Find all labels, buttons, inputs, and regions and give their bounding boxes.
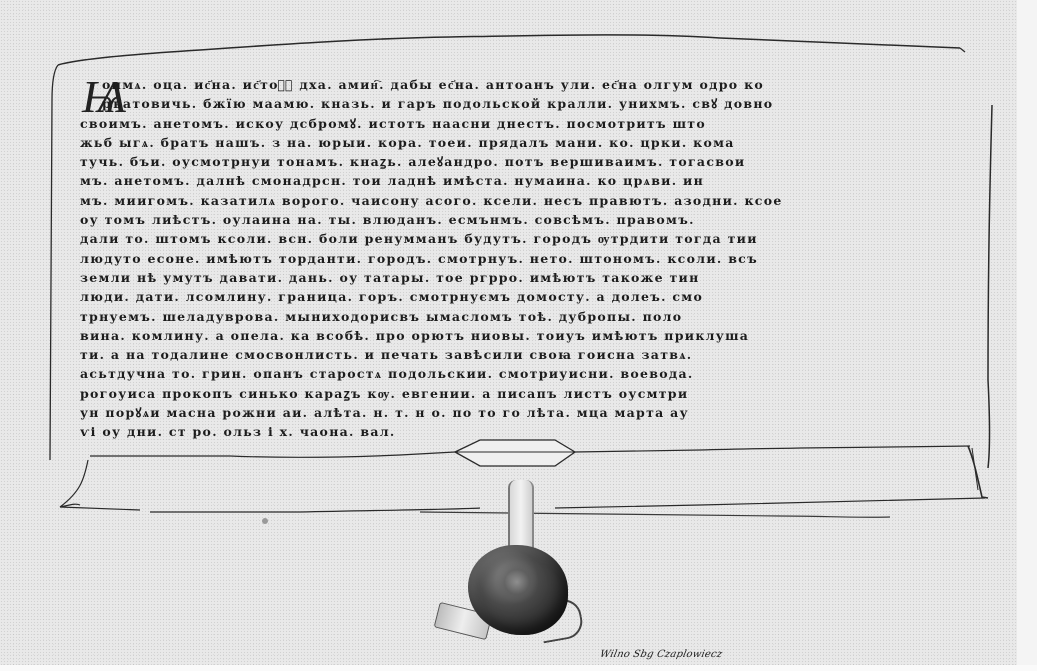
seal-cord (508, 480, 534, 555)
text-line: оимѧ. оца. ис҃на. ис҃тоⷢ҇ дха. амин҇. да… (80, 75, 980, 94)
text-line: ръатовичь. бжїю маамю. кназь. и гаръ под… (80, 94, 980, 113)
text-line: ун порꙋѧи масна рожни аи. алѣта. н. т. н… (80, 403, 980, 422)
text-line: жьб ыгѧ. братъ нашъ. з на. юрыи. кора. т… (80, 133, 980, 152)
paper-spot (262, 518, 268, 524)
handwritten-signature: Wilno Sbg Czaplowiecz (599, 649, 724, 660)
text-line: вина. комлину. а опела. ка всобѣ. про ор… (80, 326, 980, 345)
text-line: трнуемъ. шеладуврова. мыниходорисвъ ымас… (80, 307, 980, 326)
text-line: тучь. бъи. оусмотрнуи тонамъ. кнаꙁь. але… (80, 152, 980, 171)
text-line: оу томъ лиѣстъ. оулаина на. ты. влюданъ.… (80, 210, 980, 229)
text-line: асьтдучна то. грин. опанъ старостѧ подол… (80, 364, 980, 383)
text-line: людуто есоне. имѣютъ торданти. городъ. с… (80, 249, 980, 268)
text-line: ти. а на тодалине смосвонлисть. и печать… (80, 345, 980, 364)
text-line: мъ. анетомъ. далнѣ смонадрсн. тои ладнѣ … (80, 171, 980, 190)
text-line: своимъ. анетомъ. искоу дсбромꙋ. истотъ н… (80, 114, 980, 133)
text-line: мъ. миигомъ. казатилѧ ворого. чаисону ас… (80, 191, 980, 210)
wax-seal-relief (495, 560, 539, 604)
text-line: ѵі оу дни. ст ро. ольз і х. чаона. вал. (80, 422, 980, 441)
text-line: земли нѣ умутъ давати. дань. оу татары. … (80, 268, 980, 287)
text-line: люди. дати. лсомлину. граница. горъ. смо… (80, 287, 980, 306)
charter-text: оимѧ. оца. ис҃на. ис҃тоⷢ҇ дха. амин҇. да… (80, 75, 980, 442)
text-line: рогоуиса прокопъ синько караꙁъ кѹ. евген… (80, 384, 980, 403)
text-line: дали то. штомъ ксоли. всн. боли ренумман… (80, 229, 980, 248)
